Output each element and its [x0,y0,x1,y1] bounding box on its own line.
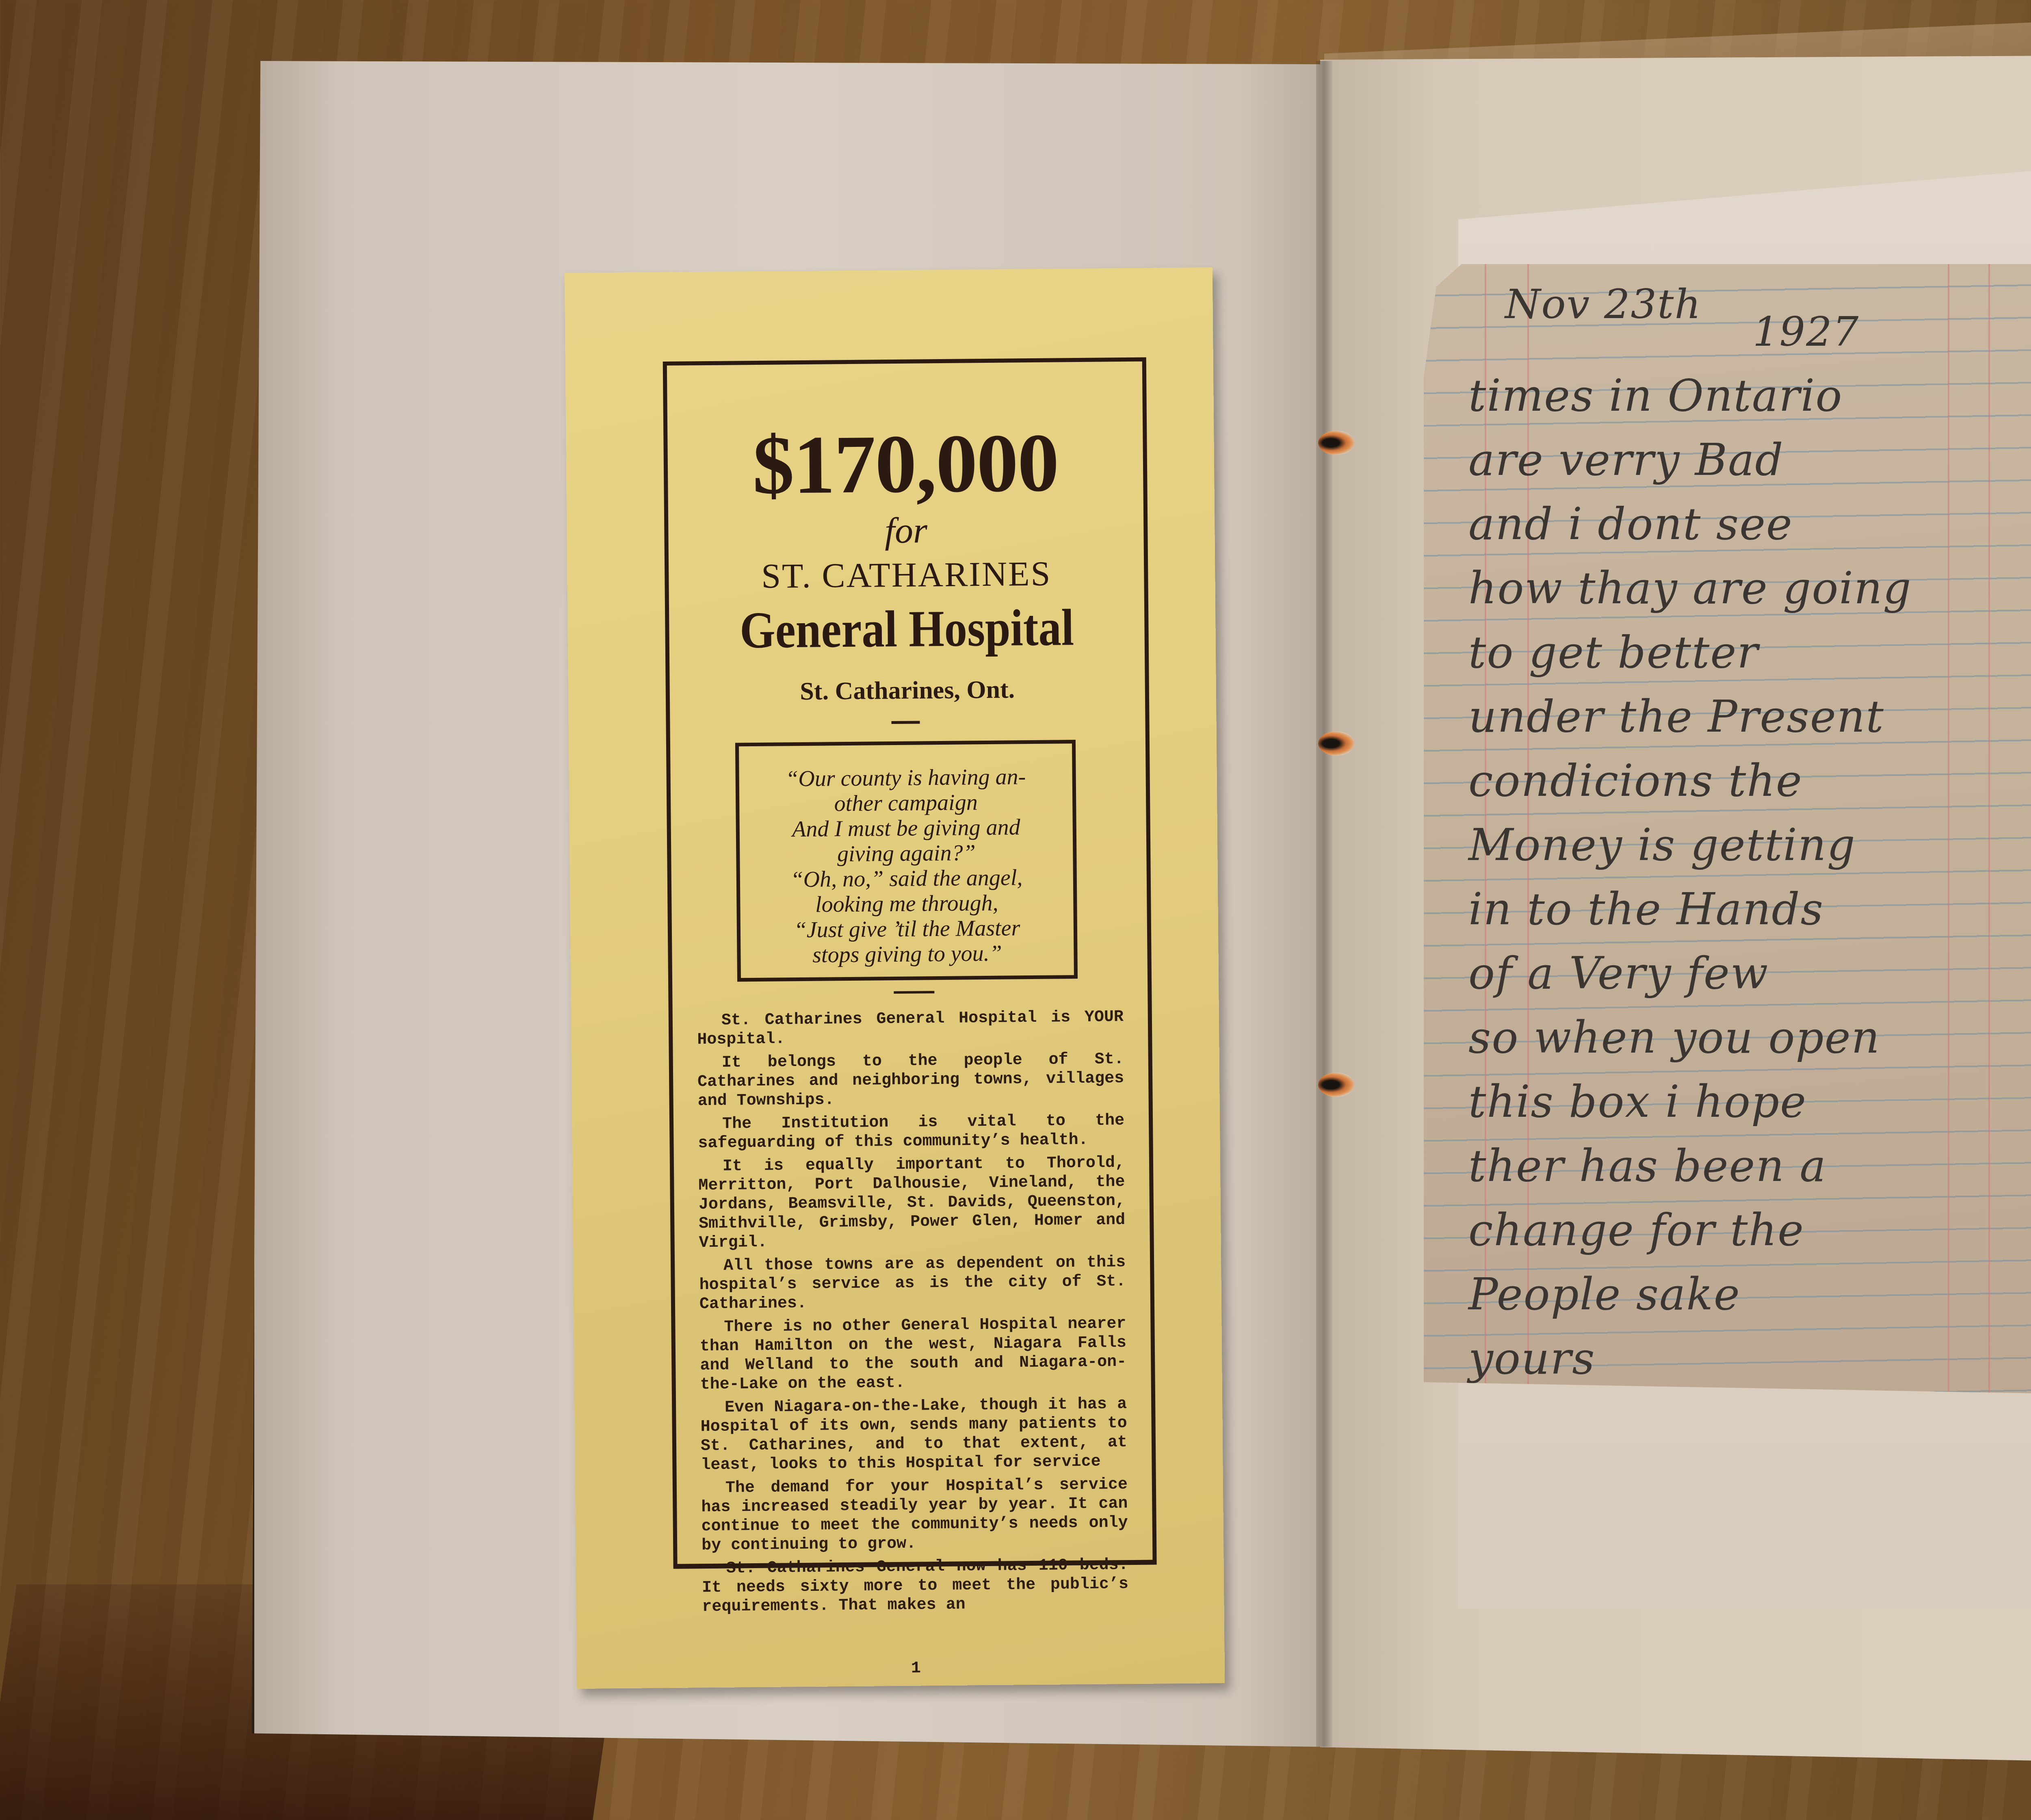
letter-line: in to the Hands [1468,877,2029,942]
poem-line: stops giving to you.” [749,940,1066,968]
letter-line: and i dont see [1468,492,2029,557]
binding-hole-middle [1318,731,1355,756]
campaign-amount: $170,000 [667,414,1143,514]
poem-line: “Oh, no,” said the angel, [748,864,1065,893]
poem-line: “Our county is having an- [747,764,1064,792]
paragraph: There is no other General Hospital neare… [699,1314,1127,1394]
divider [894,991,934,994]
for-word: for [668,508,1144,554]
letter-line: how thay are going [1468,557,2029,621]
hospital-pamphlet: $170,000 for ST. CATHARINES General Hosp… [565,267,1225,1689]
paragraph: Even Niagara-on-the-Lake, though it has … [700,1395,1128,1475]
poem-line: And I must be giving and [748,814,1065,842]
paragraph: All those towns are as dependent on this… [699,1253,1126,1314]
pamphlet-border: $170,000 for ST. CATHARINES General Hosp… [663,357,1157,1569]
city-heading: ST. CATHARINES [669,552,1144,597]
poem-line: looking me through, [748,890,1065,918]
page-number: 1 [678,1657,1154,1680]
letter-text: Nov 23th 1927 times in Ontario are verry… [1468,272,2029,1393]
poem-line: other campaign [747,789,1065,817]
handwritten-letter: Nov 23th 1927 times in Ontario are verry… [1424,264,2031,1393]
pamphlet-body: St. Catharines General Hospital is YOUR … [697,1007,1129,1621]
letter-line: under the Present [1468,685,2029,749]
letter-line: change for the [1468,1198,2029,1263]
letter-line: so when you open [1468,1006,2029,1070]
book-gutter [1316,61,1332,1747]
paragraph: St. Catharines General Hospital is YOUR … [697,1007,1124,1049]
poem-line: giving again?” [748,839,1065,867]
letter-line: condicions the [1468,749,2029,813]
paragraph: It belongs to the people of St. Catharin… [697,1050,1124,1111]
paragraph: The Institution is vital to the safeguar… [698,1111,1125,1153]
location-line: St. Catharines, Ont. [670,674,1145,707]
poem-box: “Our county is having an- other campaign… [735,740,1078,981]
letter-line: People sake [1468,1263,2029,1327]
letter-line: times in Ontario [1468,364,2029,428]
letter-line: ther has been a [1468,1134,2029,1198]
letter-line: to get better [1468,621,2029,685]
paragraph: It is equally important to Thorold, Merr… [698,1153,1126,1252]
paragraph: St. Catharines General now has 110 beds.… [702,1556,1128,1616]
letter-line: this box i hope [1468,1070,2029,1134]
open-scrapbook: $170,000 for ST. CATHARINES General Hosp… [0,0,2031,1820]
paragraph: The demand for your Hospital’s service h… [701,1475,1128,1555]
letter-line: Money is getting [1468,813,2029,877]
binding-hole-bottom [1318,1072,1355,1097]
poem-text: “Our county is having an- other campaign… [747,764,1065,968]
letter-line: are verry Bad [1468,428,2029,492]
letter-line: of a Very few [1468,942,2029,1006]
hospital-name-heading: General Hospital [697,597,1116,661]
letter-line: yours [1468,1327,2029,1391]
divider [891,721,920,724]
poem-line: “Just give ’til the Master [749,915,1066,943]
binding-hole-top [1318,431,1355,455]
